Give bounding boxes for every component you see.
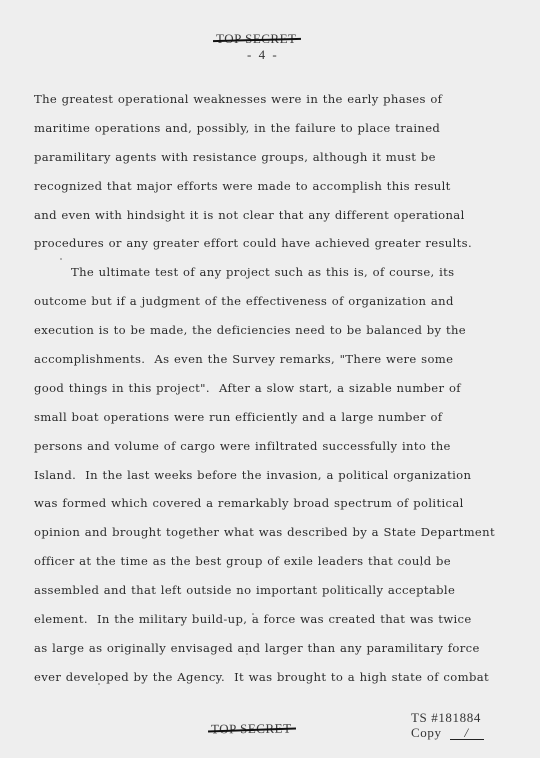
text-line: small boat operations were run efficient… bbox=[34, 407, 504, 436]
text-line: execution is to be made, the deficiencie… bbox=[34, 320, 504, 349]
control-number-block: TS #181884 Copy / bbox=[411, 710, 484, 740]
text-line: opinion and brought together what was de… bbox=[34, 522, 504, 551]
paper-speck bbox=[60, 258, 62, 260]
ts-number: TS #181884 bbox=[411, 710, 484, 725]
bottom-classification-marking: TOP SECRET bbox=[211, 721, 292, 738]
page-number: - 4 - bbox=[247, 47, 279, 63]
text-line: outcome but if a judgment of the effecti… bbox=[34, 291, 504, 320]
text-line: The greatest operational weaknesses were… bbox=[34, 89, 504, 118]
paper-speck bbox=[246, 653, 248, 655]
copy-line: Copy / bbox=[411, 725, 484, 740]
text-line: accomplishments. As even the Survey rema… bbox=[34, 349, 504, 378]
text-line: paramilitary agents with resistance grou… bbox=[34, 147, 504, 176]
body-text: The greatest operational weaknesses were… bbox=[34, 89, 504, 696]
paper-speck bbox=[252, 613, 254, 615]
text-line: The ultimate test of any project such as… bbox=[34, 262, 504, 291]
text-line: element. In the military build-up, a for… bbox=[34, 609, 504, 638]
paper-speck bbox=[98, 683, 100, 685]
text-line: and even with hindsight it is not clear … bbox=[34, 205, 504, 234]
text-line: was formed which covered a remarkably br… bbox=[34, 493, 504, 522]
copy-label: Copy bbox=[411, 725, 442, 740]
text-line: officer at the time as the best group of… bbox=[34, 551, 504, 580]
text-line: assembled and that left outside no impor… bbox=[34, 580, 504, 609]
paper-speck bbox=[420, 564, 422, 566]
text-line: good things in this project". After a sl… bbox=[34, 378, 504, 407]
text-line: ever developed by the Agency. It was bro… bbox=[34, 667, 504, 696]
text-line: maritime operations and, possibly, in th… bbox=[34, 118, 504, 147]
top-classification-marking: TOP SECRET bbox=[216, 31, 297, 47]
copy-number: / bbox=[450, 726, 484, 740]
document-page: TOP SECRET - 4 - The greatest operationa… bbox=[0, 0, 540, 758]
text-line: persons and volume of cargo were infiltr… bbox=[34, 436, 504, 465]
text-line: procedures or any greater effort could h… bbox=[34, 233, 504, 262]
text-line: recognized that major efforts were made … bbox=[34, 176, 504, 205]
text-line: Island. In the last weeks before the inv… bbox=[34, 465, 504, 494]
text-line: as large as originally envisaged and lar… bbox=[34, 638, 504, 667]
